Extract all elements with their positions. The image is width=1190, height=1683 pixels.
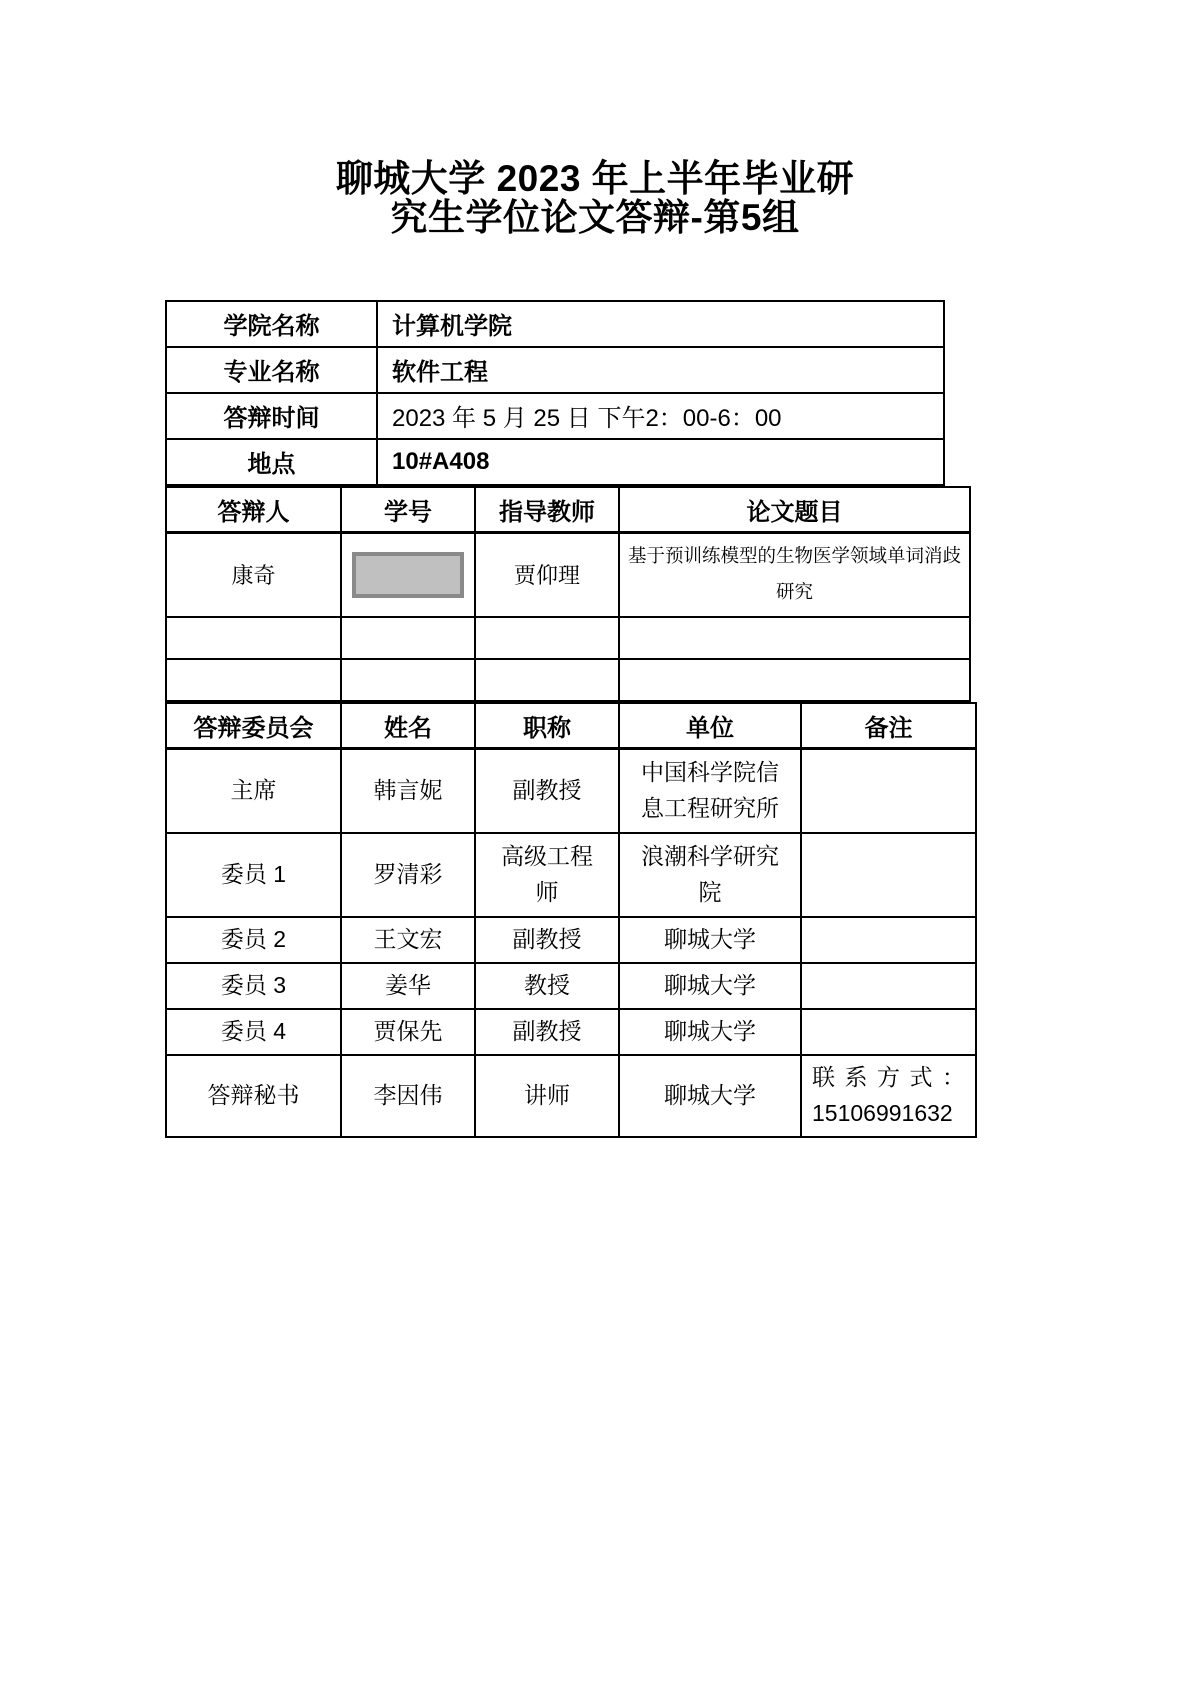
header-supervisor: 指导教师 <box>475 487 619 533</box>
note-cell <box>801 749 976 833</box>
major-name-value: 软件工程 <box>377 347 944 393</box>
role-cell: 委员 4 <box>166 1009 341 1055</box>
committee-row-secretary: 答辩秘书 李因伟 讲师 聊城大学 联系方式： 15106991632 <box>166 1055 976 1137</box>
header-note: 备注 <box>801 703 976 749</box>
note-cell <box>801 833 976 917</box>
empty-cell <box>166 659 341 701</box>
note-cell <box>801 1009 976 1055</box>
empty-cell <box>619 659 970 701</box>
defense-time-label: 答辩时间 <box>166 393 377 439</box>
committee-header-row: 答辩委员会 姓名 职称 单位 备注 <box>166 703 976 749</box>
title-cell: 副教授 <box>475 749 619 833</box>
page-title: 聊城大学 2023 年上半年毕业研 究生学位论文答辩-第5组 <box>0 0 1190 238</box>
role-cell: 委员 1 <box>166 833 341 917</box>
title-cell: 副教授 <box>475 1009 619 1055</box>
defense-empty-row <box>166 617 970 659</box>
name-cell: 姜华 <box>341 963 475 1009</box>
empty-cell <box>341 617 475 659</box>
committee-table: 答辩委员会 姓名 职称 单位 备注 主席 韩言妮 副教授 中国科学院信息工程研究… <box>165 702 977 1138</box>
header-unit: 单位 <box>619 703 801 749</box>
defense-empty-row <box>166 659 970 701</box>
title-cell: 讲师 <box>475 1055 619 1137</box>
info-row-college: 学院名称 计算机学院 <box>166 301 944 347</box>
unit-cell: 聊城大学 <box>619 917 801 963</box>
header-thesis-title: 论文题目 <box>619 487 970 533</box>
unit-cell: 中国科学院信息工程研究所 <box>619 749 801 833</box>
location-label: 地点 <box>166 439 377 485</box>
header-committee: 答辩委员会 <box>166 703 341 749</box>
note-cell <box>801 963 976 1009</box>
contact-phone: 15106991632 <box>812 1096 965 1132</box>
role-cell: 委员 3 <box>166 963 341 1009</box>
college-name-label: 学院名称 <box>166 301 377 347</box>
empty-cell <box>341 659 475 701</box>
title-cell: 教授 <box>475 963 619 1009</box>
name-cell: 李因伟 <box>341 1055 475 1137</box>
info-table: 学院名称 计算机学院 专业名称 软件工程 答辩时间 2023 年 5 月 25 … <box>165 300 945 486</box>
empty-cell <box>475 659 619 701</box>
header-student-id: 学号 <box>341 487 475 533</box>
page-title-line2: 究生学位论文答辩-第5组 <box>0 199 1190 238</box>
info-row-major: 专业名称 软件工程 <box>166 347 944 393</box>
header-title: 职称 <box>475 703 619 749</box>
name-cell: 韩言妮 <box>341 749 475 833</box>
contact-label: 联系方式： <box>812 1060 965 1096</box>
role-cell: 主席 <box>166 749 341 833</box>
defender-name-cell: 康奇 <box>166 533 341 617</box>
note-cell <box>801 917 976 963</box>
empty-cell <box>475 617 619 659</box>
major-name-label: 专业名称 <box>166 347 377 393</box>
title-cell: 副教授 <box>475 917 619 963</box>
committee-row-member3: 委员 3 姜华 教授 聊城大学 <box>166 963 976 1009</box>
name-cell: 罗清彩 <box>341 833 475 917</box>
college-name-value: 计算机学院 <box>377 301 944 347</box>
title-cell: 高级工程师 <box>475 833 619 917</box>
unit-cell: 浪潮科学研究院 <box>619 833 801 917</box>
document-page: 聊城大学 2023 年上半年毕业研 究生学位论文答辩-第5组 学院名称 计算机学… <box>0 0 1190 1683</box>
committee-row-member2: 委员 2 王文宏 副教授 聊城大学 <box>166 917 976 963</box>
committee-row-member1: 委员 1 罗清彩 高级工程师 浪潮科学研究院 <box>166 833 976 917</box>
empty-cell <box>619 617 970 659</box>
page-title-line1: 聊城大学 2023 年上半年毕业研 <box>0 160 1190 199</box>
header-defender: 答辩人 <box>166 487 341 533</box>
committee-row-member4: 委员 4 贾保先 副教授 聊城大学 <box>166 1009 976 1055</box>
thesis-title-cell: 基于预训练模型的生物医学领域单词消歧研究 <box>619 533 970 617</box>
role-cell: 答辩秘书 <box>166 1055 341 1137</box>
unit-cell: 聊城大学 <box>619 1009 801 1055</box>
info-row-location: 地点 10#A408 <box>166 439 944 485</box>
unit-cell: 聊城大学 <box>619 963 801 1009</box>
unit-cell: 聊城大学 <box>619 1055 801 1137</box>
location-value: 10#A408 <box>377 439 944 485</box>
header-name: 姓名 <box>341 703 475 749</box>
name-cell: 王文宏 <box>341 917 475 963</box>
empty-cell <box>166 617 341 659</box>
defense-table: 答辩人 学号 指导教师 论文题目 康奇 贾仰理 基于预训练模型的生物医学领域单词… <box>165 486 971 702</box>
info-row-time: 答辩时间 2023 年 5 月 25 日 下午2：00-6：00 <box>166 393 944 439</box>
committee-row-chair: 主席 韩言妮 副教授 中国科学院信息工程研究所 <box>166 749 976 833</box>
role-cell: 委员 2 <box>166 917 341 963</box>
name-cell: 贾保先 <box>341 1009 475 1055</box>
defense-data-row: 康奇 贾仰理 基于预训练模型的生物医学领域单词消歧研究 <box>166 533 970 617</box>
tables-wrapper: 学院名称 计算机学院 专业名称 软件工程 答辩时间 2023 年 5 月 25 … <box>165 300 945 1138</box>
student-id-cell <box>341 533 475 617</box>
contact-cell: 联系方式： 15106991632 <box>801 1055 976 1137</box>
defense-time-value: 2023 年 5 月 25 日 下午2：00-6：00 <box>377 393 944 439</box>
student-id-redaction-box <box>352 552 464 598</box>
supervisor-cell: 贾仰理 <box>475 533 619 617</box>
defense-header-row: 答辩人 学号 指导教师 论文题目 <box>166 487 970 533</box>
